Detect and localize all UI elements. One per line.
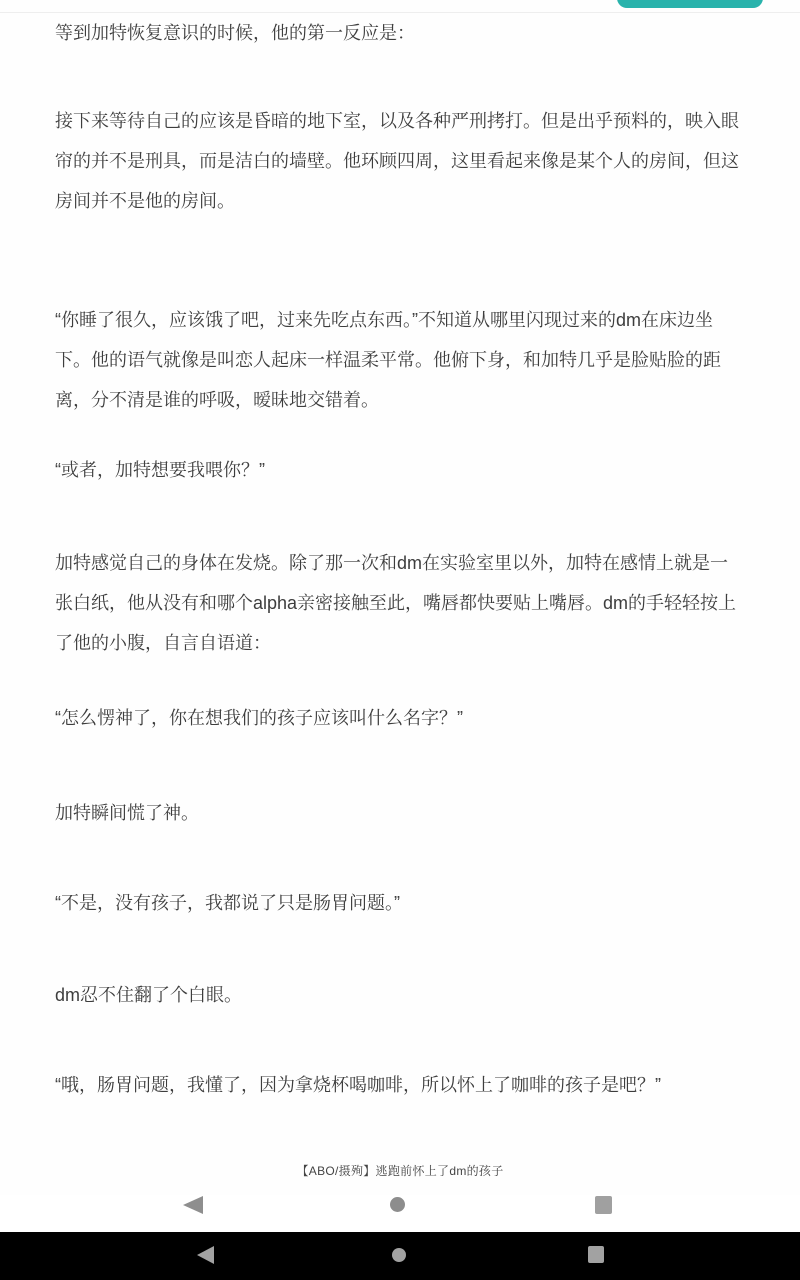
chapter-title: 【ABO/摄殉】逃跑前怀上了dm的孩子 bbox=[0, 1162, 800, 1179]
paragraph: 等到加特恢复意识的时候，他的第一反应是： bbox=[55, 13, 745, 53]
top-action-button[interactable] bbox=[617, 0, 763, 8]
paragraph: “怎么愣神了，你在想我们的孩子应该叫什么名字？” bbox=[55, 698, 745, 738]
back-icon[interactable] bbox=[197, 1246, 214, 1264]
back-icon[interactable] bbox=[183, 1196, 203, 1214]
paragraph: “哦，肠胃问题，我懂了，因为拿烧杯喝咖啡，所以怀上了咖啡的孩子是吧？” bbox=[55, 1065, 745, 1105]
paragraph: 接下来等待自己的应该是昏暗的地下室，以及各种严刑拷打。但是出乎预料的，映入眼帘的… bbox=[55, 101, 745, 221]
system-nav-bar bbox=[0, 1232, 800, 1280]
paragraph: 加特感觉自己的身体在发烧。除了那一次和dm在实验室里以外，加特在感情上就是一张白… bbox=[55, 543, 745, 663]
paragraph: “不是，没有孩子，我都说了只是肠胃问题。” bbox=[55, 883, 745, 923]
home-icon[interactable] bbox=[392, 1248, 406, 1262]
app-nav-bar bbox=[0, 1195, 800, 1232]
recents-icon[interactable] bbox=[595, 1196, 612, 1214]
reader-screen: 等到加特恢复意识的时候，他的第一反应是： 接下来等待自己的应该是昏暗的地下室，以… bbox=[0, 0, 800, 1280]
paragraph: dm忍不住翻了个白眼。 bbox=[55, 975, 745, 1015]
chapter-text: 等到加特恢复意识的时候，他的第一反应是： 接下来等待自己的应该是昏暗的地下室，以… bbox=[55, 13, 745, 1105]
paragraph: “或者，加特想要我喂你？” bbox=[55, 450, 745, 490]
recents-icon[interactable] bbox=[588, 1246, 604, 1263]
paragraph: “你睡了很久，应该饿了吧，过来先吃点东西。”不知道从哪里闪现过来的dm在床边坐下… bbox=[55, 300, 745, 420]
paragraph: 加特瞬间慌了神。 bbox=[55, 793, 745, 833]
home-icon[interactable] bbox=[390, 1197, 405, 1212]
